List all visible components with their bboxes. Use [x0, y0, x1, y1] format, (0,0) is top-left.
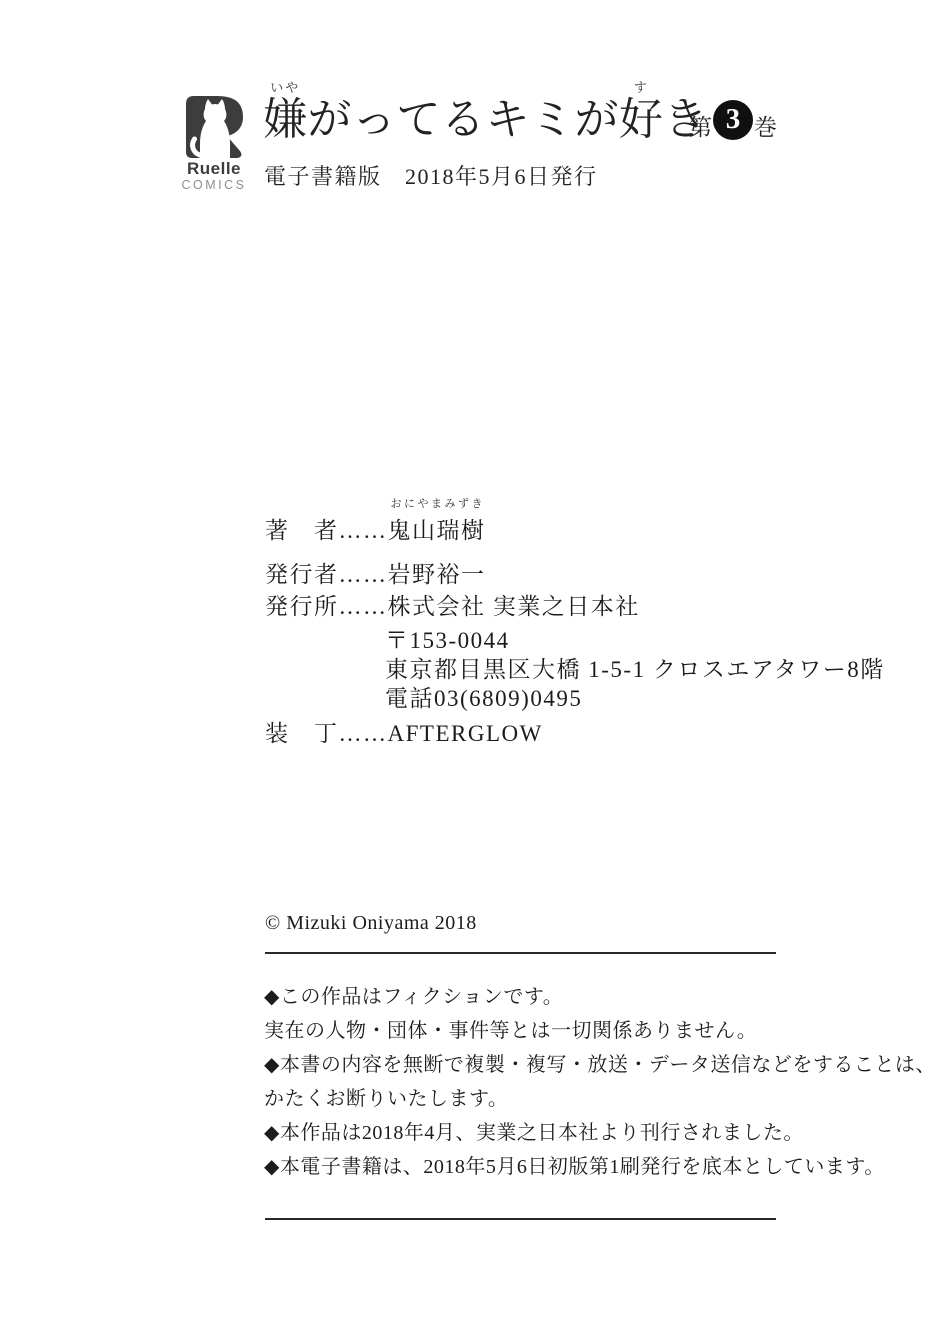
ruelle-cat-logo-icon: [182, 94, 246, 160]
colophon-row-publisher-company: 発行所……株式会社 実業之日本社: [265, 588, 640, 621]
edition-line: 電子書籍版 2018年5月6日発行: [264, 160, 598, 191]
design-studio-name: AFTERGLOW: [388, 721, 543, 746]
logo-brand-text: Ruelle: [177, 160, 251, 178]
publisher-person-name: 岩野裕一: [388, 562, 486, 587]
design-label: 装 丁: [265, 721, 339, 746]
book-title: いや嫌がってるキミがす好き: [263, 98, 708, 142]
logo-comics-text: COMICS: [177, 178, 251, 192]
volume-prefix: 第: [689, 109, 712, 142]
volume-badge: 第 3 巻: [689, 97, 777, 142]
note-line: かたくお断りいたします。: [264, 1082, 936, 1116]
copyright-line: © Mizuki Oniyama 2018: [265, 912, 477, 935]
colophon-row-publisher-person: 発行者……岩野裕一: [265, 556, 486, 589]
author-label: 著 者: [265, 518, 339, 543]
author-name: おにやまみずき鬼山瑞樹: [388, 512, 486, 545]
note-line: ◆本作品は2018年4月、実業之日本社より刊行されました。: [264, 1116, 936, 1150]
colophon-row-author: 著 者……おにやまみずき鬼山瑞樹: [265, 512, 486, 545]
divider-rule-top: [265, 952, 776, 954]
leader-dots: ……: [339, 518, 388, 543]
furigana-iya: いや: [270, 81, 300, 94]
colophon-row-design: 装 丁……AFTERGLOW: [265, 715, 543, 748]
leader-dots: ……: [339, 594, 388, 619]
publisher-company-label: 発行所: [265, 594, 339, 619]
volume-number-circle: 3: [713, 100, 753, 140]
volume-suffix: 巻: [754, 109, 777, 142]
furigana-su: す: [634, 81, 649, 94]
note-line: ◆本書の内容を無断で複製・複写・放送・データ送信などをすることは、: [264, 1048, 936, 1082]
note-line: ◆この作品はフィクションです。: [264, 980, 936, 1014]
publisher-phone: 電話03(6809)0495: [385, 680, 582, 713]
note-line: 実在の人物・団体・事件等とは一切関係ありません。: [264, 1014, 936, 1048]
publisher-company-name: 株式会社 実業之日本社: [388, 594, 640, 619]
author-furigana: おにやまみずき: [391, 499, 486, 510]
title-kanji-iya: いや嫌: [263, 98, 308, 142]
title-kanji-su: す好: [619, 98, 664, 142]
disclaimer-notes: ◆この作品はフィクションです。 実在の人物・団体・事件等とは一切関係ありません。…: [264, 980, 936, 1184]
colophon-page: Ruelle COMICS いや嫌がってるキミがす好き 第 3 巻 電子書籍版 …: [0, 0, 945, 1344]
ruelle-comics-logo: Ruelle COMICS: [177, 94, 251, 192]
title-block: いや嫌がってるキミがす好き: [263, 98, 708, 142]
note-line: ◆本電子書籍は、2018年5月6日初版第1刷発行を底本としています。: [264, 1150, 936, 1184]
divider-rule-bottom: [265, 1218, 776, 1220]
leader-dots: ……: [339, 721, 388, 746]
publisher-person-label: 発行者: [265, 562, 339, 587]
title-middle: がってるキミが: [308, 95, 620, 144]
leader-dots: ……: [339, 562, 388, 587]
